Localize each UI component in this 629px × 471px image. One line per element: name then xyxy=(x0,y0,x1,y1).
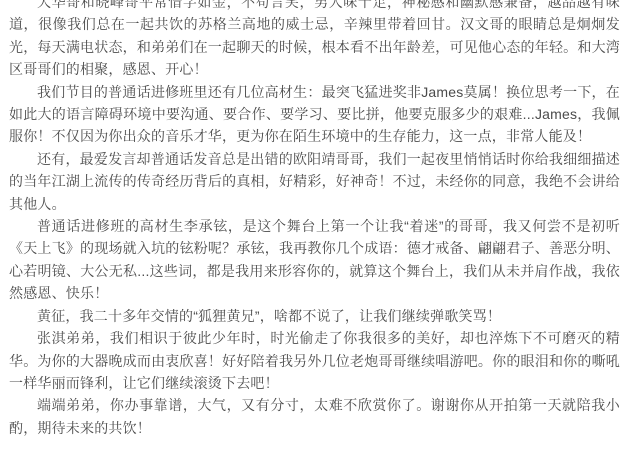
article-paragraph: 张淇弟弟，我们相识于彼此少年时，时光偷走了你我很多的美好，却也淬炼下不可磨灭的精… xyxy=(9,327,620,394)
article-paragraph: 黄征，我二十多年交情的“狐狸黄兄”，啥都不说了，让我们继续弹歌笑骂！ xyxy=(9,305,620,327)
article-paragraph: 端端弟弟，你办事靠谱，大气，又有分寸，太难不欣赏你了。谢谢你从开拍第一天就陪我小… xyxy=(9,394,620,439)
article-paragraph: 普通话进修班的高材生李承铉，是这个舞台上第一个让我“着迷”的哥哥，我又何尝不是初… xyxy=(9,215,620,305)
article-body: 大华哥和晓峰哥平常惜字如金，不苟言笑，男人味十足，神秘感和幽默感兼备，越品越有味… xyxy=(0,0,629,439)
article-paragraph: 我们节目的普通话进修班里还有几位高材生：最突飞猛进奖非James莫属！换位思考一… xyxy=(9,81,620,148)
article-paragraph: 还有，最爱发言却普通话发音总是出错的欧阳靖哥哥，我们一起夜里悄悄话时你给我细细描… xyxy=(9,148,620,215)
article-paragraph: 大华哥和晓峰哥平常惜字如金，不苟言笑，男人味十足，神秘感和幽默感兼备，越品越有味… xyxy=(9,0,620,81)
